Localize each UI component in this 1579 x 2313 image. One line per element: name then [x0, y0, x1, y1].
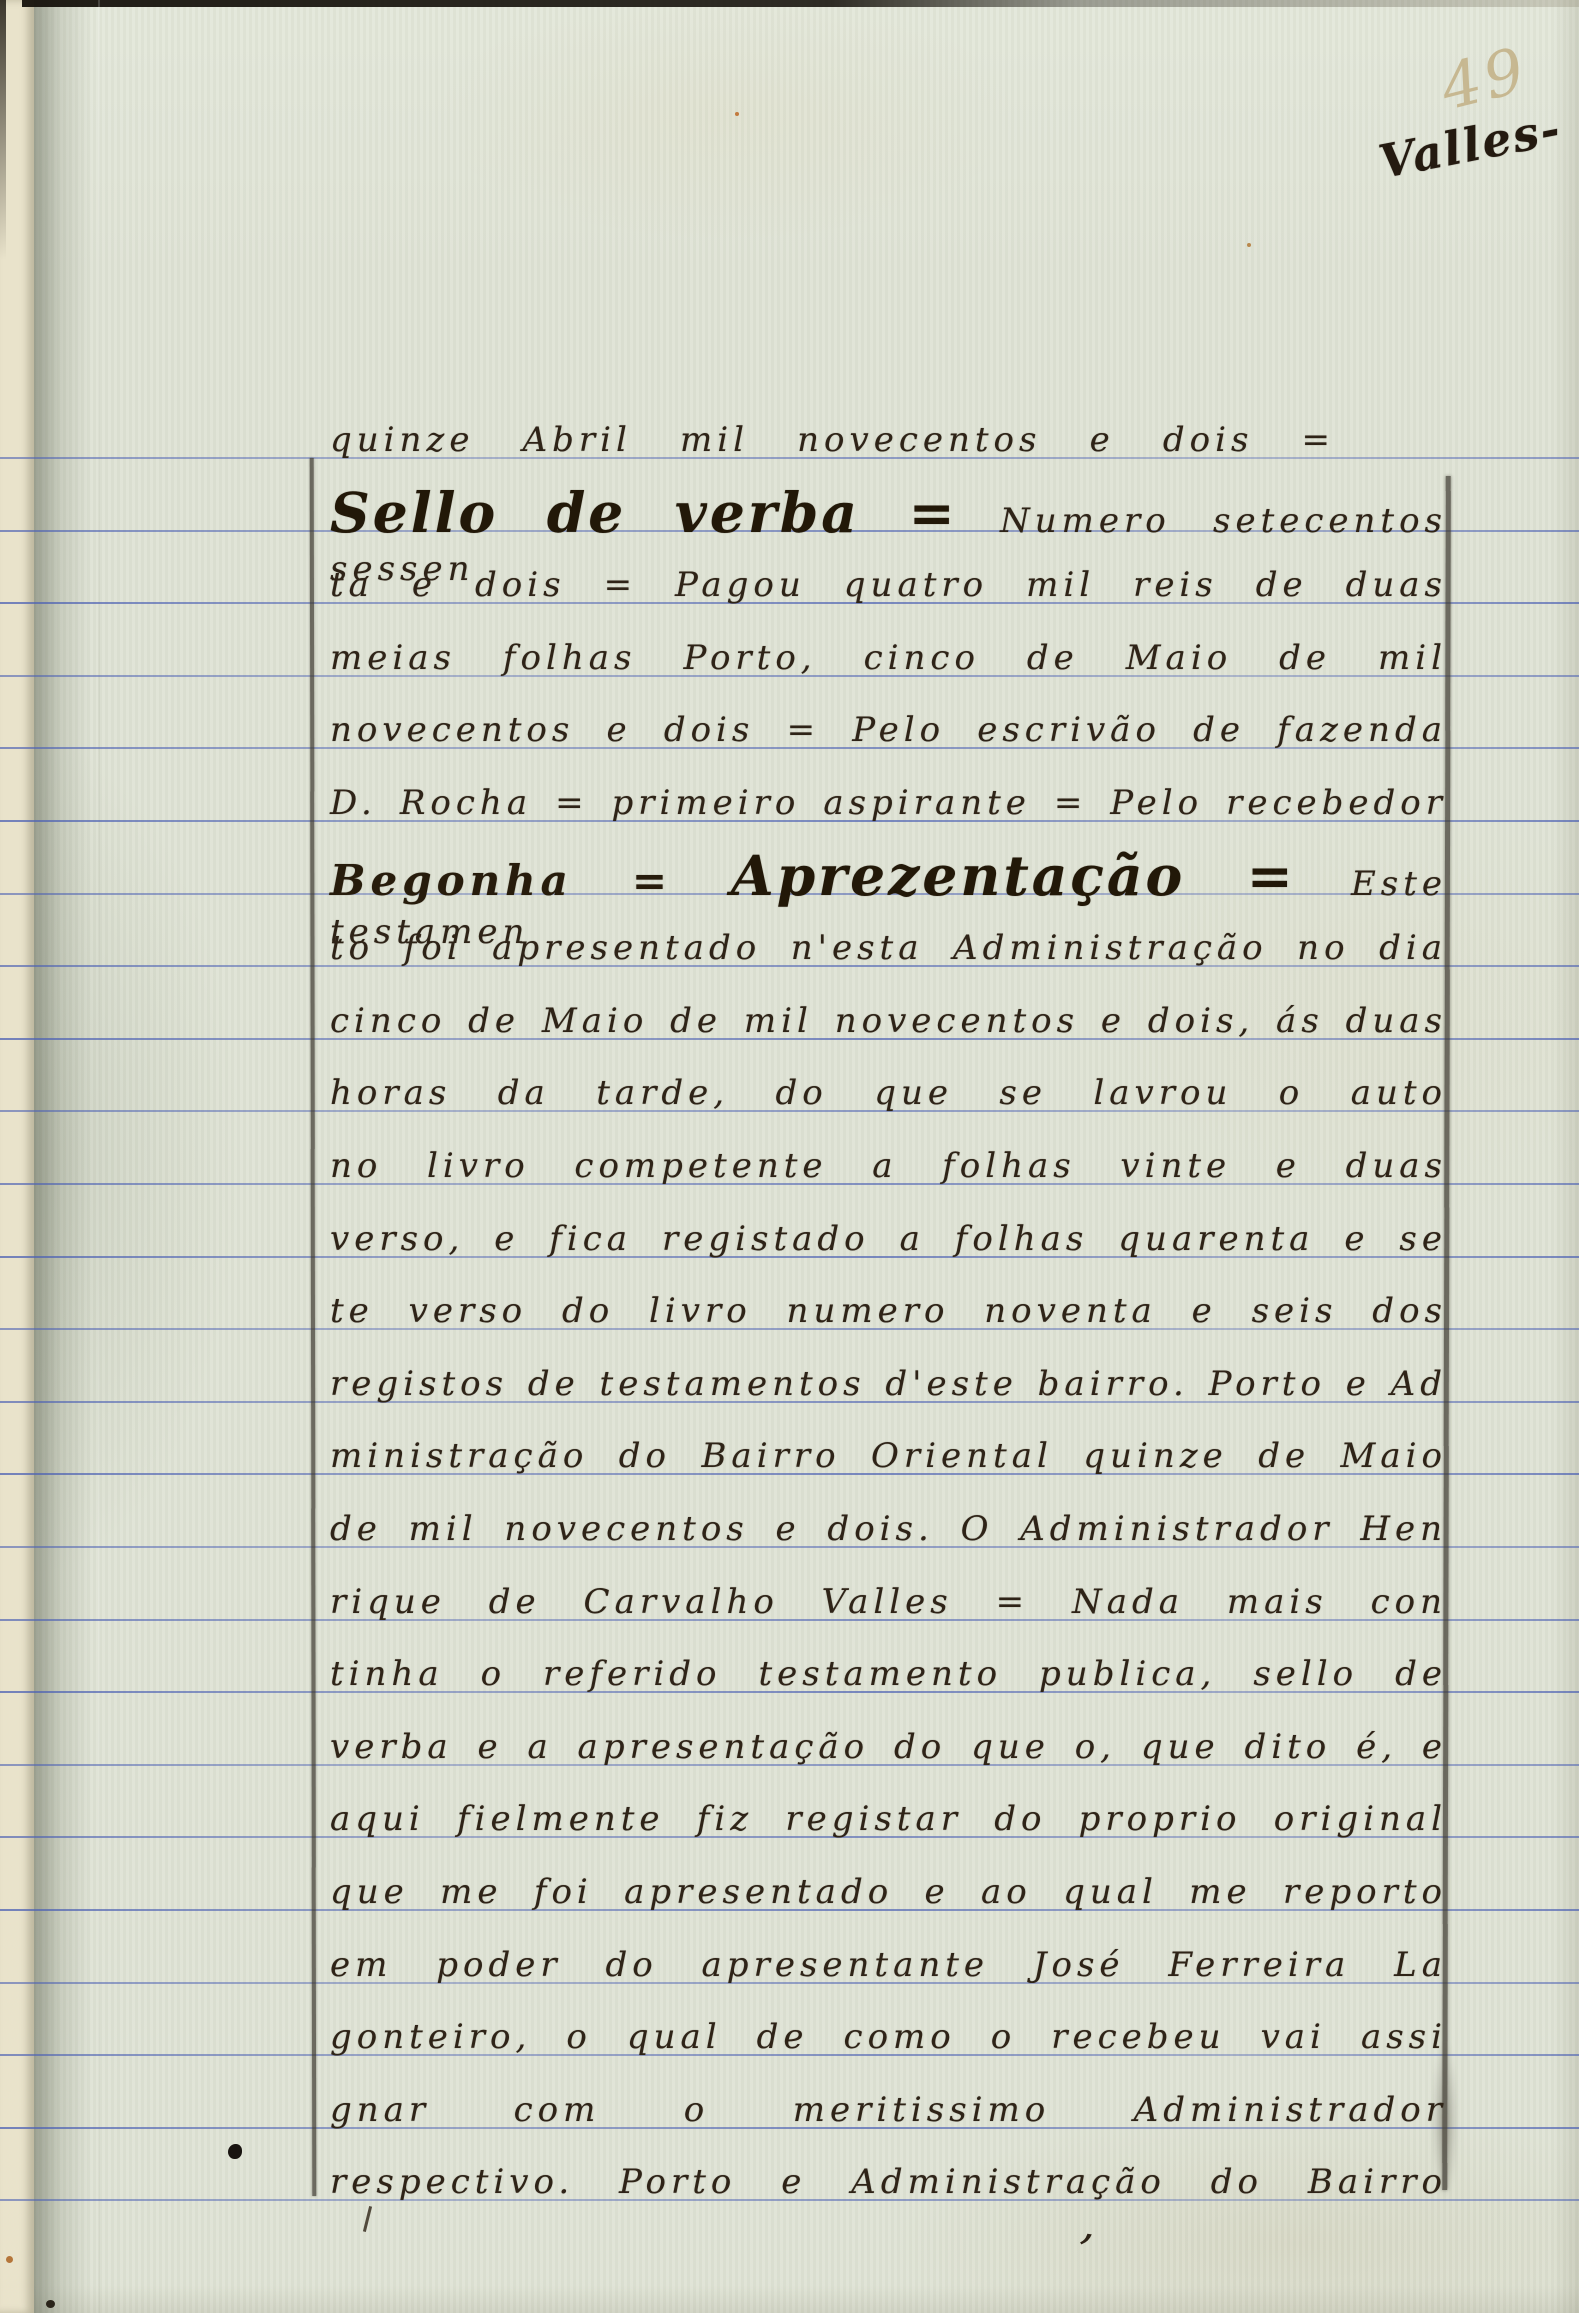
manuscript-line: meias folhas Porto, cinco de Maio de mil	[330, 634, 1447, 682]
paper-crease	[98, 0, 100, 2313]
ink-blot	[228, 2144, 242, 2159]
dark-speck	[46, 2300, 55, 2308]
manuscript-segment: verso, e fica registado a folhas quarent…	[330, 1219, 1447, 1259]
manuscript-segment: registos de testamentos d'este bairro. P…	[330, 1364, 1447, 1404]
manuscript-line: D. Rocha = primeiro aspirante = Pelo rec…	[330, 779, 1447, 827]
manuscript-line: aqui fielmente fiz registar do proprio o…	[330, 1795, 1447, 1843]
manuscript-segment: gonteiro, o qual de como o recebeu vai a…	[330, 2017, 1447, 2057]
manuscript-segment: D. Rocha = primeiro aspirante = Pelo rec…	[330, 783, 1447, 823]
manuscript-heading-segment: Sello de verba =	[330, 480, 958, 545]
tiny-speck	[735, 112, 739, 116]
manuscript-line: tinha o referido testamento publica, sel…	[330, 1650, 1447, 1698]
scanned-page: 49 Valles- quinze Abril mil novecentos e…	[0, 0, 1579, 2313]
manuscript-segment: ministração do Bairro Oriental quinze de…	[330, 1436, 1447, 1476]
manuscript-segment: de mil novecentos e dois. O Administrado…	[330, 1509, 1447, 1549]
right-edge-shadow	[1553, 0, 1579, 2313]
manuscript-segment: tinha o referido testamento publica, sel…	[330, 1654, 1447, 1694]
manuscript-line: cinco de Maio de mil novecentos e dois, …	[330, 997, 1447, 1045]
manuscript-segment: horas da tarde, do que se lavrou o auto	[330, 1073, 1447, 1113]
tiny-speck	[1247, 243, 1251, 247]
manuscript-segment: respectivo. Porto e Administração do Bai…	[330, 2162, 1447, 2202]
manuscript-line: gnar com o meritissimo Administrador	[330, 2086, 1447, 2134]
manuscript-line: verso, e fica registado a folhas quarent…	[330, 1215, 1447, 1263]
manuscript-line: registos de testamentos d'este bairro. P…	[330, 1360, 1447, 1408]
manuscript-line: gonteiro, o qual de como o recebeu vai a…	[330, 2013, 1447, 2061]
manuscript-heading-segment: Begonha =	[330, 856, 731, 905]
manuscript-segment: novecentos e dois = Pelo escrivão de faz…	[330, 710, 1447, 750]
left-margin-rule	[310, 458, 316, 2196]
manuscript-line: ministração do Bairro Oriental quinze de…	[330, 1432, 1447, 1480]
manuscript-segment: aqui fielmente fiz registar do proprio o…	[330, 1799, 1447, 1839]
manuscript-segment: rique de Carvalho Valles = Nada mais con	[330, 1582, 1447, 1622]
manuscript-segment: verba e a apresentação do que o, que dit…	[330, 1727, 1447, 1767]
manuscript-segment: cinco de Maio de mil novecentos e dois, …	[330, 1001, 1447, 1041]
stray-pen-tick	[363, 2206, 372, 2232]
binding-edge-top	[22, 0, 1579, 7]
manuscript-segment: quinze Abril mil novecentos e dois =	[330, 420, 1335, 460]
manuscript-line: Sello de verba = Numero setecentos sesse…	[330, 489, 1447, 537]
manuscript-line: no livro competente a folhas vinte e dua…	[330, 1142, 1447, 1190]
manuscript-line: Begonha = Aprezentação = Este testamen	[330, 852, 1447, 900]
manuscript-line: to foi apresentado n'esta Administração …	[330, 924, 1447, 972]
underlying-page-edge	[0, 0, 34, 2313]
manuscript-segment: no livro competente a folhas vinte e dua…	[330, 1146, 1447, 1186]
manuscript-line: verba e a apresentação do que o, que dit…	[330, 1723, 1447, 1771]
manuscript-line: ta e dois = Pagou quatro mil reis de dua…	[330, 561, 1447, 609]
manuscript-line: que me foi apresentado e ao qual me repo…	[330, 1868, 1447, 1916]
manuscript-line: de mil novecentos e dois. O Administrado…	[330, 1505, 1447, 1553]
manuscript-segment: que me foi apresentado e ao qual me repo…	[330, 1872, 1447, 1912]
manuscript-heading-segment: Aprezentação =	[731, 843, 1296, 908]
manuscript-segment: te verso do livro numero noventa e seis …	[330, 1291, 1447, 1331]
manuscript-line: quinze Abril mil novecentos e dois =	[330, 416, 1335, 464]
manuscript-segment: em poder do apresentante José Ferreira L…	[330, 1945, 1447, 1985]
orange-speck	[6, 2256, 13, 2263]
manuscript-line: te verso do livro numero noventa e seis …	[330, 1287, 1447, 1335]
manuscript-line: em poder do apresentante José Ferreira L…	[330, 1941, 1447, 1989]
manuscript-line: rique de Carvalho Valles = Nada mais con	[330, 1578, 1447, 1626]
manuscript-segment: to foi apresentado n'esta Administração …	[330, 928, 1447, 968]
binding-edge-left	[0, 0, 6, 260]
gutter-fold-shadow	[34, 0, 92, 2313]
manuscript-line: horas da tarde, do que se lavrou o auto	[330, 1069, 1447, 1117]
manuscript-segment: meias folhas Porto, cinco de Maio de mil	[330, 638, 1447, 678]
manuscript-line: respectivo. Porto e Administração do Bai…	[330, 2158, 1447, 2206]
manuscript-line: novecentos e dois = Pelo escrivão de faz…	[330, 706, 1447, 754]
manuscript-segment: ta e dois = Pagou quatro mil reis de dua…	[330, 565, 1447, 605]
manuscript-segment: gnar com o meritissimo Administrador	[330, 2090, 1447, 2130]
